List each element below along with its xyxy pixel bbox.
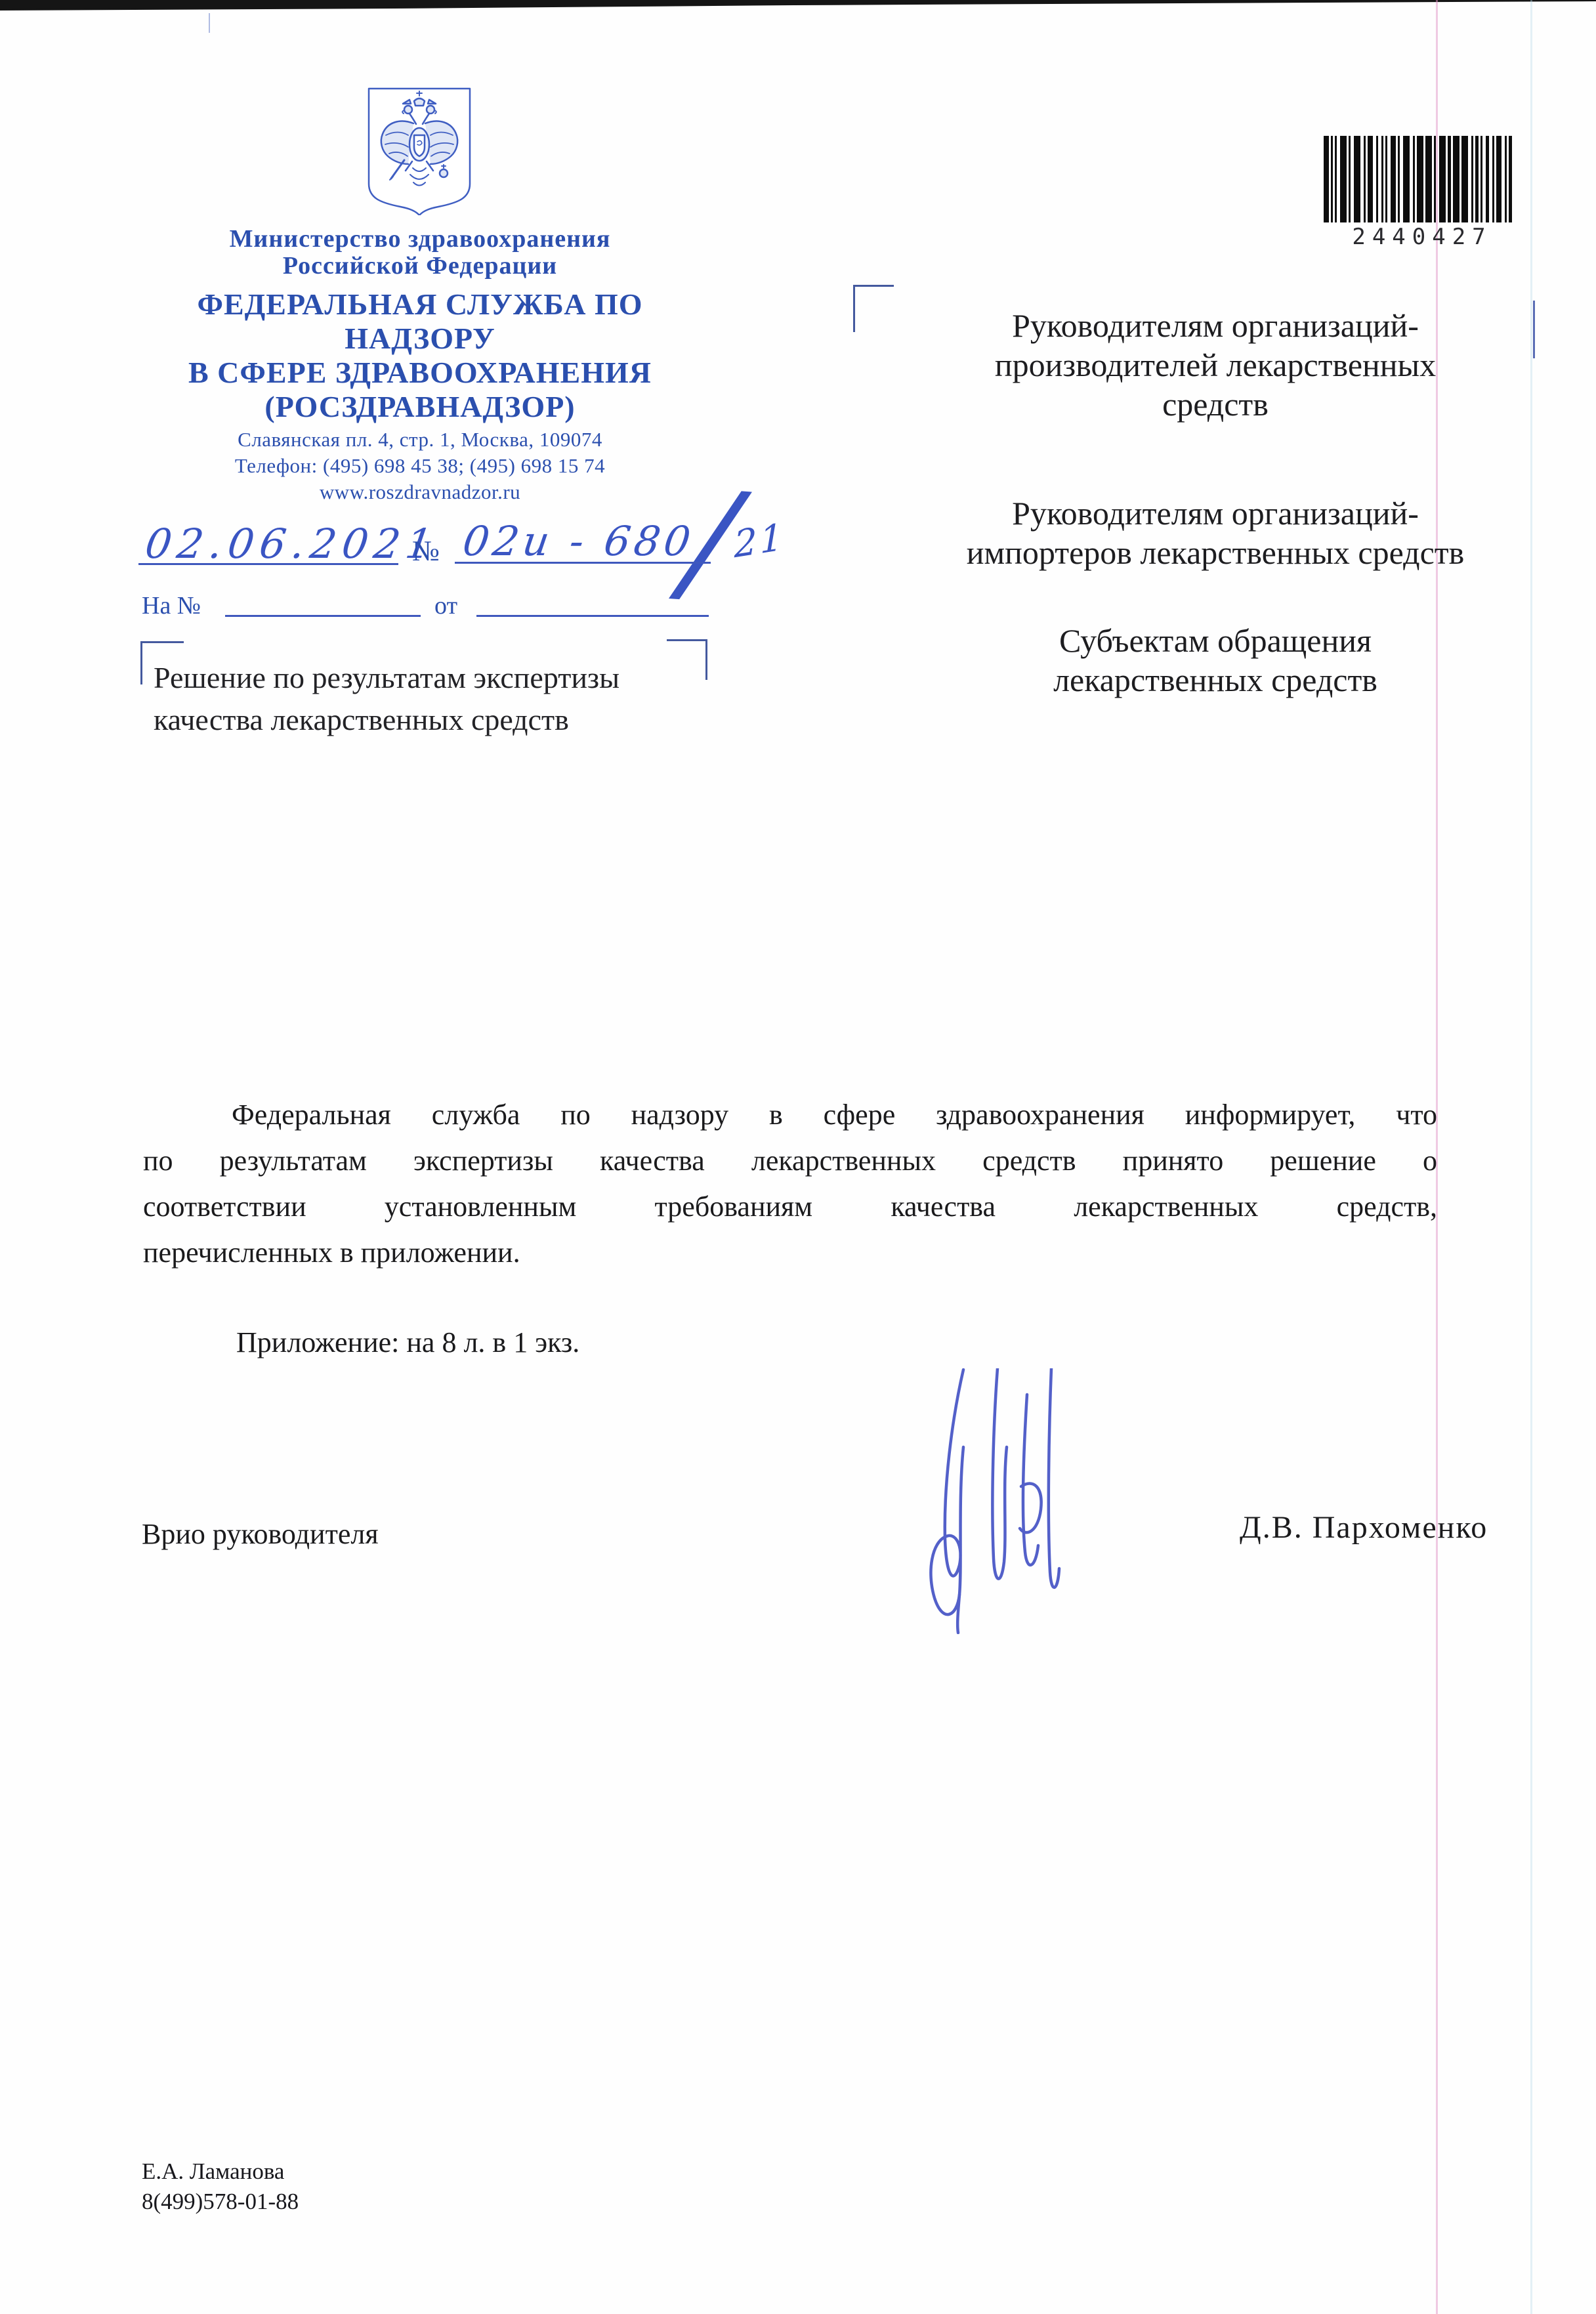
ministry-line1: Министерство здравоохранения	[125, 226, 715, 253]
attachment-note: Приложение: на 8 л. в 1 экз.	[236, 1326, 579, 1359]
website: www.roszdravnadzor.ru	[125, 479, 715, 505]
addressee-block-producers: Руководителям организаций- производителе…	[854, 306, 1576, 424]
addressee-line: средств	[854, 385, 1576, 424]
reply-number-label: На №	[142, 591, 201, 620]
handwritten-number-suffix: 21	[734, 515, 786, 566]
subject-line2: качества лекарственных средств	[154, 699, 744, 741]
reply-date-blank	[476, 615, 709, 617]
reply-from-label: от	[434, 591, 457, 620]
body-paragraph: Федеральная служба по надзору в сфере зд…	[143, 1092, 1437, 1276]
contact-block: Славянская пл. 4, стр. 1, Москва, 109074…	[125, 427, 715, 505]
handwritten-date: 02.06.2021	[142, 520, 441, 568]
barcode-number: 2440427	[1324, 224, 1521, 250]
body-line: Федеральная служба по надзору в сфере зд…	[143, 1092, 1437, 1138]
number-sign: №	[412, 534, 440, 568]
date-underline	[138, 563, 398, 565]
addressee-line: лекарственных средств	[854, 660, 1576, 700]
scan-tick-blue	[209, 13, 210, 33]
subject-block: Решение по результатам экспертизы качест…	[154, 657, 744, 741]
number-underline	[455, 562, 711, 564]
signer-name: Д.В. Пархоменко	[1240, 1509, 1488, 1546]
addressee-line: Руководителям организаций-	[854, 494, 1576, 533]
executor-name: Е.А. Ламанова	[142, 2156, 299, 2187]
corner-mark-subject-top-right-h	[667, 639, 707, 641]
ministry-name: Министерство здравоохранения Российской …	[125, 226, 715, 280]
body-line: по результатам экспертизы качества лекар…	[143, 1138, 1437, 1184]
executor-phone: 8(499)578-01-88	[142, 2187, 299, 2217]
addressee-line: Субъектам обращения	[854, 621, 1576, 660]
corner-mark-addressee-top-left-h	[853, 285, 894, 287]
signature-scribble	[886, 1368, 1076, 1634]
addressee-block-importers: Руководителям организаций- импортеров ле…	[854, 494, 1576, 572]
phone-numbers: Телефон: (495) 698 45 38; (495) 698 15 7…	[125, 453, 715, 479]
handwritten-number: 02и - 680	[460, 517, 698, 565]
body-line: перечисленных в приложении.	[143, 1230, 1437, 1276]
addressee-line: производителей лекарственных	[854, 345, 1576, 385]
ministry-line2: Российской Федерации	[125, 253, 715, 280]
addressee-line: Руководителям организаций-	[854, 306, 1576, 345]
letter-page: Министерство здравоохранения Российской …	[0, 0, 1596, 2314]
postal-address: Славянская пл. 4, стр. 1, Москва, 109074	[125, 427, 715, 453]
service-line3: (РОСЗДРАВНАДЗОР)	[125, 390, 715, 424]
corner-mark-subject-top-left-h	[140, 641, 184, 643]
addressee-block-subjects: Субъектам обращения лекарственных средст…	[854, 621, 1576, 700]
service-name: ФЕДЕРАЛЬНАЯ СЛУЖБА ПО НАДЗОРУ В СФЕРЕ ЗД…	[125, 287, 715, 424]
body-line: соответствии установленным требованиям к…	[143, 1184, 1437, 1230]
subject-line1: Решение по результатам экспертизы	[154, 657, 744, 699]
signer-position: Врио руководителя	[142, 1517, 379, 1551]
coat-of-arms-icon	[366, 87, 472, 215]
executor-block: Е.А. Ламанова 8(499)578-01-88	[142, 2156, 299, 2217]
service-line2: В СФЕРЕ ЗДРАВООХРАНЕНИЯ	[125, 356, 715, 390]
barcode-bars	[1324, 136, 1521, 222]
scan-artifact-top-edge	[0, 0, 1596, 24]
corner-mark-subject-top-left-v	[140, 641, 142, 684]
reply-number-blank	[225, 615, 421, 617]
addressee-line: импортеров лекарственных средств	[854, 533, 1576, 572]
service-line1: ФЕДЕРАЛЬНАЯ СЛУЖБА ПО НАДЗОРУ	[125, 287, 715, 356]
